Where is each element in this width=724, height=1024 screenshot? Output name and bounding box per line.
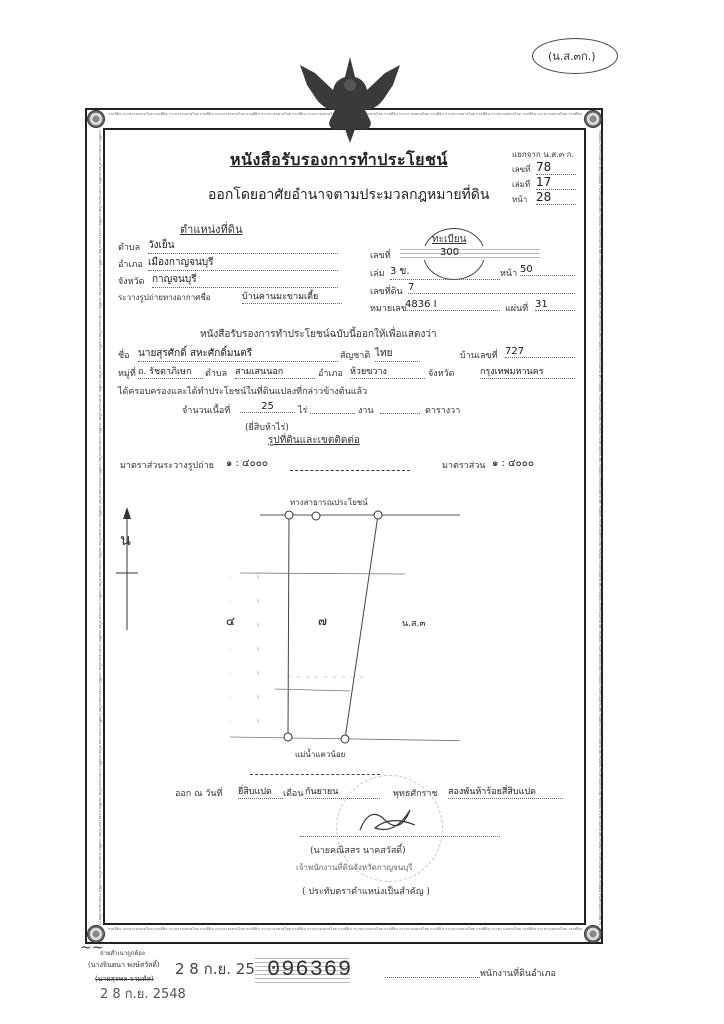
owner-province-value: กรุงเทพมหานคร [480,364,575,379]
officer-signature-line [385,977,480,978]
photo-scale-value: ๑ : ๔๐๐๐ [226,456,268,471]
issued-day: ยี่สิบแปด [238,784,283,799]
sheet-index-label: แผ่นที่ [505,301,528,315]
area-label: จำนวนเนื้อที่ [182,403,230,417]
house-no-label: บ้านเลขที่ [460,348,498,362]
document-subtitle: ออกโดยอาศัยอำนาจตามประมวลกฎหมายที่ดิน [208,184,489,206]
seal-note: ( ประทับตราตำแหน่งเป็นสำคัญ ) [302,884,430,898]
scale-bar [290,470,410,471]
aerial-value: บ้านคานมะขามเตี้ย [242,289,342,304]
document-title: หนังสือรับรองการทำประโยชน์ [230,148,448,173]
split-volume-label: เล่มที่ [512,178,530,191]
district-officer-label: พนักงานที่ดินอำเภอ [480,966,556,980]
officer-name: (นายคณิสสร นาคสวัสดิ์) [310,843,406,857]
top-boundary-label: ทางสาธารณประโยชน์ [290,496,368,509]
copy-note: ถ่ายสำเนาถูกต้อง [100,948,145,958]
right-parcel-label: น.ส.๓ [402,616,426,630]
split-number-value: 78 [536,160,576,175]
scale-value: ๑ : ๔๐๐๐ [492,456,534,471]
area-wa-value [380,401,420,414]
sheet-label: หมายเลข [370,301,407,315]
split-page-value: 28 [536,190,576,205]
province-value: กาญจนบุรี [152,272,338,288]
parcel-sketch [230,505,460,755]
split-page-label: หน้า [512,193,527,206]
owner-subdistrict-value: สามเสนนอก [235,364,315,379]
border-microtext-left: กรมที่ดิน กระทรวงมหาดไทย กรมที่ดิน กระทร… [88,130,102,925]
reg-number-label: เลขที่ [370,248,391,262]
area-wa-label: ตารางวา [425,403,460,417]
house-no-value: 727 [505,346,575,358]
owner-district-value: ห้วยขวาง [350,364,425,379]
possession-statement: ได้ครอบครองและได้ทำประโยชน์ในที่ดินแปลงท… [118,384,367,398]
center-parcel-number: ๗ [318,612,327,631]
owner-intro: หนังสือรับรองการทำประโยชน์ฉบับนี้ออกให้เ… [200,327,437,342]
location-heading: ตำแหน่งที่ดิน [180,220,242,238]
area-rai-value: 25 [240,401,295,413]
area-in-words: (ยี่สิบห้าไร่) [245,420,289,434]
border-microtext-right: กรมที่ดิน กระทรวงมหาดไทย กรมที่ดิน กระทร… [588,130,602,925]
scale-label: มาตราส่วน [442,458,485,472]
form-code: (น.ส.๓ก.) [548,47,596,65]
reg-number-value: 300 [440,247,459,258]
map-heading: รูปที่ดินและเขตติดต่อ [268,433,360,448]
north-label: น [120,528,131,553]
district-value: เมืองกาญจนบุรี [148,255,338,271]
date-stamp-2: 2 8 ก.ย. 2548 [100,983,186,1004]
reg-volume-label: เล่ม [370,266,385,280]
clerk-1: (นางจินตนา พงษ์สวัสดิ์) [88,960,160,971]
sheet-index-value: 31 [535,299,575,311]
separator-dashes [250,774,380,775]
left-parcel-number: ๔ [226,612,235,631]
district-label: อำเภอ [118,257,143,271]
split-volume-value: 17 [536,175,576,190]
reg-volume-value: 3 ข. [390,264,500,280]
area-ngan-value [310,401,355,414]
sheet-value: 4836 I [405,299,500,311]
reg-page-label: หน้า [500,266,517,280]
garuda-emblem-icon [295,55,405,145]
moo-label: หมู่ที่ [118,366,136,380]
subdistrict-label: ตำบล [118,240,140,254]
province-label: จังหวัด [118,274,145,288]
reg-number-lines [400,246,540,260]
serial-number: 096369 [267,957,352,982]
split-number-label: เลขที่ [512,163,530,176]
corner-seal-icon [584,110,602,128]
registration-badge: ทะเบียน [432,232,466,247]
north-arrow-icon [112,505,142,635]
owner-district-label: อำเภอ [318,366,343,380]
subdistrict-value: วังเย็น [148,238,338,254]
land-no-value: 7 [408,282,575,294]
area-ngan-label: งาน [358,403,374,417]
owner-subdistrict-label: ตำบล [205,366,227,380]
signature-line [300,836,500,837]
owner-name-value: นายสุรศักดิ์ สหะศักดิ์มนตรี [138,346,338,362]
issued-label: ออก ณ วันที่ [175,786,222,800]
aerial-label: ระวางรูปถ่ายทางอากาศชื่อ [118,291,211,304]
signature-icon [355,800,425,840]
bottom-boundary-label: แม่น้ำแควน้อย [295,748,345,761]
street-value: ถ. รัชดาภิเษก [138,364,203,379]
officer-title: เจ้าพนักงานที่ดินจังหวัดกาญจนบุรี [296,861,413,874]
area-rai-label: ไร่ [298,403,307,417]
owner-province-label: จังหวัด [428,366,455,380]
corner-seal-icon [584,925,602,943]
nationality-label: สัญชาติ [340,348,370,362]
nationality-value: ไทย [375,346,420,362]
month-label: เดือน [283,786,303,800]
owner-name-label: ชื่อ [118,348,130,362]
border-microtext-bottom: กรมที่ดิน กระทรวงมหาดไทย กรมที่ดิน กระทร… [108,927,583,941]
photo-scale-label: มาตราส่วนระวางรูปถ่าย [120,458,214,472]
corner-seal-icon [87,110,105,128]
reg-page-value: 50 [520,264,575,276]
issued-year: สองพันห้าร้อยสี่สิบแปด [448,784,563,799]
land-no-label: เลขที่ดิน [370,284,403,298]
